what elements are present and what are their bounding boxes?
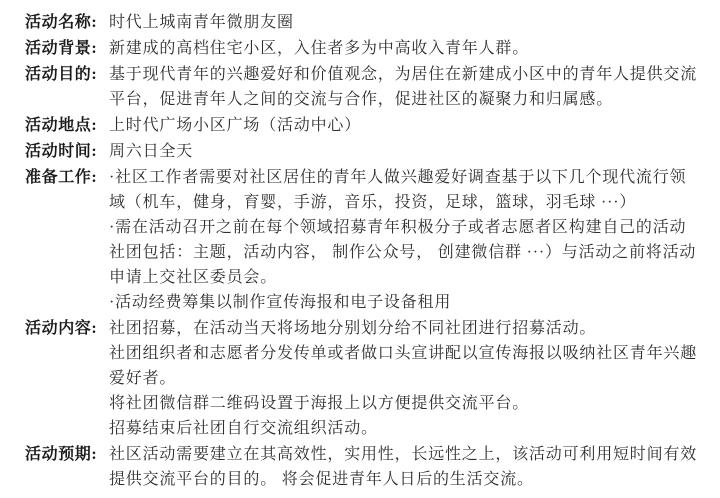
section-label: 活动内容: xyxy=(25,316,109,341)
document-section: 准备工作: ·社区工作者需要对社区居住的青年人做兴趣爱好调查基于以下几个现代流行… xyxy=(25,165,706,315)
section-content: ·社区工作者需要对社区居住的青年人做兴趣爱好调查基于以下几个现代流行领域（机车，… xyxy=(109,165,701,315)
section-label: 活动地点: xyxy=(25,113,109,138)
section-label: 准备工作: xyxy=(25,165,109,190)
section-label: 活动预期: xyxy=(25,442,109,467)
section-label: 活动时间: xyxy=(25,139,109,164)
section-content: 基于现代青年的兴趣爱好和价值观念，为居住在新建成小区中的青年人提供交流平台，促进… xyxy=(109,62,701,112)
section-paragraph: 周六日全天 xyxy=(109,139,193,164)
section-content: 社区活动需要建立在其高效性，实用性，长远性之上，该活动可利用短时间有效提供交流平… xyxy=(109,442,701,492)
document-section: 活动预期: 社区活动需要建立在其高效性，实用性，长远性之上，该活动可利用短时间有… xyxy=(25,442,706,492)
section-paragraph: 社团组织者和志愿者分发传单或者做口头宣讲配以宣传海报以吸纳社区青年兴趣爱好者。 xyxy=(109,341,701,391)
section-content: 新建成的高档住宅小区，入住者多为中高收入青年人群。 xyxy=(109,36,529,61)
document-section: 活动内容: 社团招募，在活动当天将场地分别划分给不同社团进行招募活动。社团组织者… xyxy=(25,316,706,441)
document-section: 活动名称: 时代上城南青年微朋友圈 xyxy=(25,10,706,35)
section-label: 活动目的: xyxy=(25,62,109,87)
section-paragraph: 社团招募，在活动当天将场地分别划分给不同社团进行招募活动。 xyxy=(109,316,701,341)
section-content: 上时代广场小区广场（活动中心） xyxy=(109,113,361,138)
document-section: 活动时间: 周六日全天 xyxy=(25,139,706,164)
section-paragraph: ·社区工作者需要对社区居住的青年人做兴趣爱好调查基于以下几个现代流行领域（机车，… xyxy=(109,165,701,215)
section-paragraph: 社区活动需要建立在其高效性，实用性，长远性之上，该活动可利用短时间有效提供交流平… xyxy=(109,442,701,492)
section-paragraph: 上时代广场小区广场（活动中心） xyxy=(109,113,361,138)
section-paragraph: ·需在活动召开之前在每个领域招募青年积极分子或者志愿者区构建自己的活动社团包括：… xyxy=(109,215,701,290)
section-content: 周六日全天 xyxy=(109,139,193,164)
section-content: 社团招募，在活动当天将场地分别划分给不同社团进行招募活动。社团组织者和志愿者分发… xyxy=(109,316,701,441)
document-page: { "page": { "background": "#ffffff", "in… xyxy=(0,0,720,498)
activity-plan-document: 活动名称: 时代上城南青年微朋友圈 活动背景: 新建成的高档住宅小区，入住者多为… xyxy=(0,0,720,498)
document-section: 活动背景: 新建成的高档住宅小区，入住者多为中高收入青年人群。 xyxy=(25,36,706,61)
section-paragraph: 新建成的高档住宅小区，入住者多为中高收入青年人群。 xyxy=(109,36,529,61)
section-paragraph: ·活动经费筹集以制作宣传海报和电子设备租用 xyxy=(109,290,701,315)
document-section: 活动地点: 上时代广场小区广场（活动中心） xyxy=(25,113,706,138)
section-paragraph: 招募结束后社团自行交流组织活动。 xyxy=(109,416,701,441)
section-content: 时代上城南青年微朋友圈 xyxy=(109,10,294,35)
section-paragraph: 时代上城南青年微朋友圈 xyxy=(109,10,294,35)
section-paragraph: 基于现代青年的兴趣爱好和价值观念，为居住在新建成小区中的青年人提供交流平台，促进… xyxy=(109,62,701,112)
document-section: 活动目的: 基于现代青年的兴趣爱好和价值观念，为居住在新建成小区中的青年人提供交… xyxy=(25,62,706,112)
section-paragraph: 将社团微信群二维码设置于海报上以方便提供交流平台。 xyxy=(109,391,701,416)
section-label: 活动名称: xyxy=(25,10,109,35)
section-label: 活动背景: xyxy=(25,36,109,61)
